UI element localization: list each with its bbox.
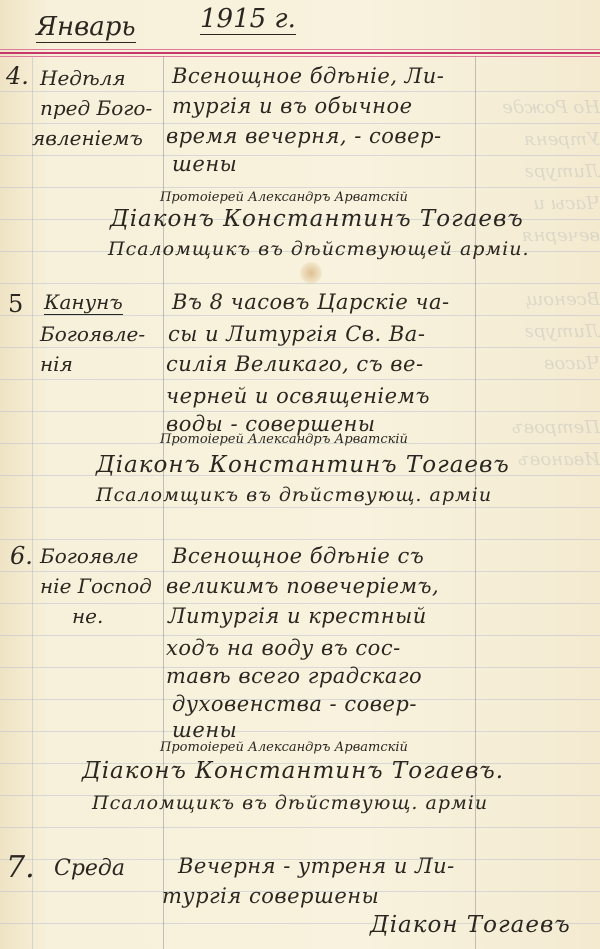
ledger-page: Но Рожде Утреня Литург Часы и вечерня Вс…	[0, 0, 600, 949]
feast-line: явленіемъ	[32, 126, 143, 150]
feast-line: Среда	[54, 856, 125, 881]
signature-protoiereus: Протоіерей Александръ Арватскій	[160, 432, 408, 447]
signature-deacon: Діаконъ Константинъ Тогаевъ.	[82, 758, 504, 784]
signature-psalmist: Псаломщикъ въ дѣйствующ. арміи	[96, 484, 492, 506]
signature-psalmist: Псаломщикъ въ дѣйствующ. арміи	[92, 792, 488, 814]
entry-day: 5	[8, 290, 23, 318]
year-heading: 1915 г.	[200, 4, 296, 35]
red-rule-bottom	[0, 56, 600, 57]
signature-protoiereus: Протоіерей Александръ Арватскій	[160, 190, 408, 205]
service-line: шены	[172, 152, 237, 176]
entry-day: 7.	[6, 850, 35, 885]
service-line: шены	[172, 718, 237, 742]
service-line: черней и освященіемъ	[166, 384, 430, 408]
service-line: духовенства - совер-	[172, 692, 417, 716]
service-line: Всенощное бдѣніе, Ли-	[172, 64, 444, 88]
paper-stain	[300, 262, 322, 284]
feast-line: Богоявле	[40, 544, 138, 568]
service-line: силія Великаго, съ ве-	[166, 352, 424, 376]
signature-deacon: Діакон Тогаевъ	[370, 912, 571, 938]
service-line: Литургія и крестный	[168, 604, 427, 628]
service-line: Въ 8 часовъ Царскіе ча-	[172, 290, 450, 314]
entry-day: 6.	[10, 542, 33, 570]
signature-deacon: Діаконъ Константинъ Тогаевъ	[110, 206, 524, 232]
red-rule-main	[0, 52, 600, 54]
service-line: время вечерня, - совер-	[166, 124, 442, 148]
feast-line: Богоявле-	[40, 322, 145, 346]
service-line: тавѣ всего градскаго	[166, 664, 422, 688]
signature-deacon: Діаконъ Константинъ Тогаевъ	[96, 452, 510, 478]
service-line: Всенощное бдѣніе съ	[172, 544, 424, 568]
signature-protoiereus: Протоіерей Александръ Арватскій	[160, 740, 408, 755]
feast-line: не.	[72, 604, 103, 628]
service-line: тургія совершены	[162, 884, 379, 908]
feast-line: нія	[40, 352, 73, 376]
service-line: Вечерня - утреня и Ли-	[178, 854, 455, 878]
bleed-through-text: Но Рожде Утреня Литург Часы и вечерня Вс…	[480, 60, 600, 940]
service-line: ходъ на воду въ сос-	[166, 636, 401, 660]
service-line: великимъ повечеріемъ,	[166, 574, 439, 598]
red-rule-top	[0, 49, 600, 50]
signature-psalmist: Псаломщикъ въ дѣйствующей арміи.	[108, 238, 530, 260]
entry-day: 4.	[6, 62, 29, 90]
margin-line	[32, 56, 33, 949]
service-line: сы и Литургія Св. Ва-	[168, 322, 425, 346]
feast-line: Канунъ	[44, 290, 123, 315]
feast-line: ніе Господ	[40, 574, 152, 598]
feast-line: пред Бого-	[40, 96, 152, 120]
feast-line: Недѣля	[40, 66, 126, 90]
service-line: тургія и въ обычное	[172, 94, 413, 118]
month-heading: Январь	[36, 12, 136, 43]
